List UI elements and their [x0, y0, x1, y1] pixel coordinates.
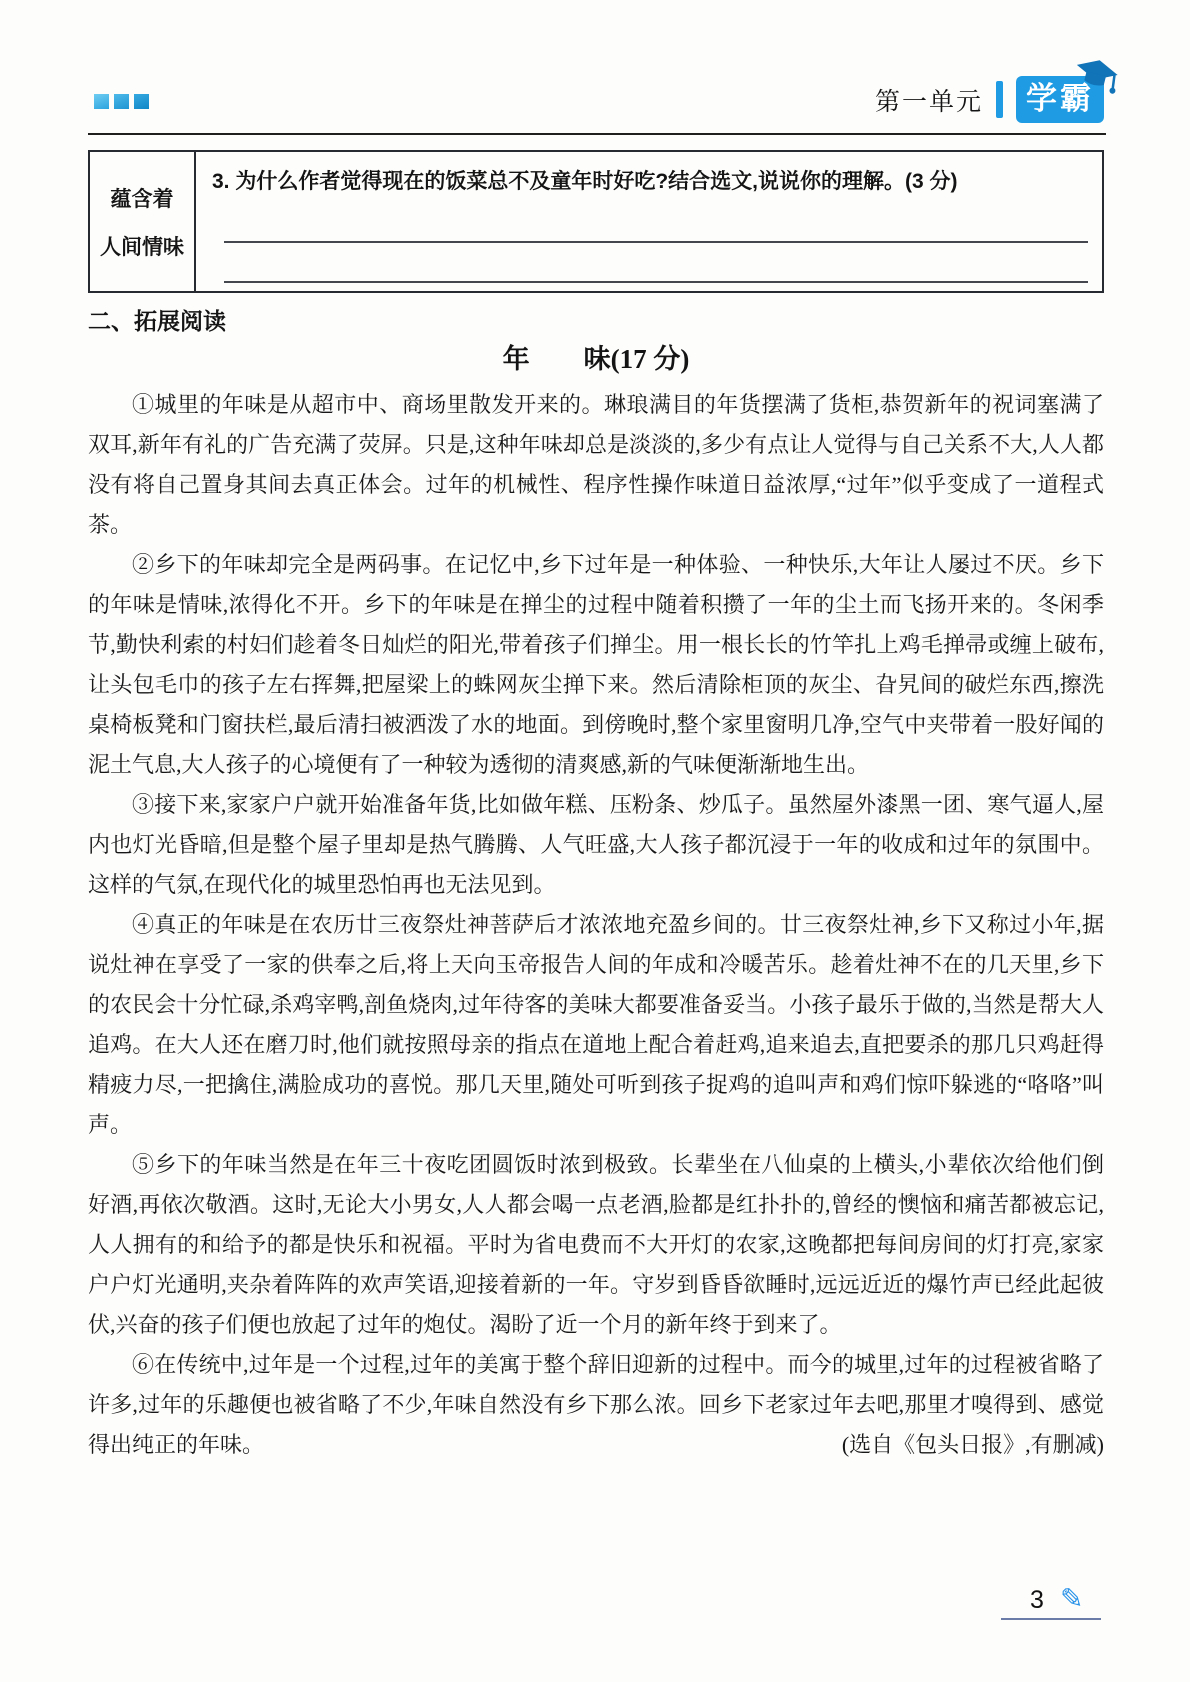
page-number: 3 [1030, 1586, 1044, 1615]
blue-square-icon [114, 94, 129, 109]
article-paragraph: ③接下来,家家户户就开始准备年货,比如做年糕、压粉条、炒瓜子。虽然屋外漆黑一团、… [88, 785, 1104, 905]
pencil-icon: ✎ [1060, 1582, 1083, 1616]
question-box: 蕴含着 人间情味 3. 为什么作者觉得现在的饭菜总不及童年时好吃?结合选文,说说… [88, 150, 1104, 293]
header-decoration-squares [94, 94, 149, 109]
sidebar-label-line2: 人间情味 [100, 231, 184, 261]
article-body: ①城里的年味是从超市中、商场里散发开来的。琳琅满目的年货摆满了货柜,恭贺新年的祝… [88, 385, 1104, 1465]
article-title: 年 味(17 分) [88, 337, 1104, 376]
sidebar-label-line1: 蕴含着 [111, 183, 174, 213]
unit-label: 第一单元 [875, 82, 983, 118]
answer-line [224, 241, 1088, 243]
blue-square-icon [94, 94, 109, 109]
source-attribution: (选自《包头日报》,有删减) [842, 1425, 1104, 1465]
header-rule [88, 133, 1106, 135]
footer-rule [1001, 1618, 1101, 1620]
workbook-page: 第一单元 学霸 蕴含着 人间情味 3. 为什么作者觉得现在的饭菜总不及童年时好吃… [0, 0, 1190, 1682]
article-paragraph: ⑥在传统中,过年是一个过程,过年的美寓于整个辞旧迎新的过程中。而今的城里,过年的… [88, 1345, 1104, 1465]
brand-logo: 学霸 [1016, 76, 1104, 123]
blue-square-icon [134, 94, 149, 109]
article-paragraph: ②乡下的年味却完全是两码事。在记忆中,乡下过年是一种体验、一种快乐,大年让人屡过… [88, 545, 1104, 785]
answer-line [224, 281, 1088, 283]
question-sidebar-label: 蕴含着 人间情味 [90, 152, 196, 291]
header-right-group: 第一单元 学霸 [875, 76, 1104, 123]
question-area: 3. 为什么作者觉得现在的饭菜总不及童年时好吃?结合选文,说说你的理解。(3 分… [196, 152, 1102, 291]
question-text: 3. 为什么作者觉得现在的饭菜总不及童年时好吃?结合选文,说说你的理解。(3 分… [212, 167, 1090, 197]
section-heading: 二、拓展阅读 [88, 303, 226, 336]
article-paragraph: ⑤乡下的年味当然是在年三十夜吃团圆饭时浓到极致。长辈坐在八仙桌的上横头,小辈依次… [88, 1145, 1104, 1345]
graduation-cap-icon [1074, 59, 1120, 99]
brand-divider-bar [996, 81, 1003, 118]
article-paragraph: ①城里的年味是从超市中、商场里散发开来的。琳琅满目的年货摆满了货柜,恭贺新年的祝… [88, 385, 1104, 545]
article-paragraph: ④真正的年味是在农历廿三夜祭灶神菩萨后才浓浓地充盈乡间的。廿三夜祭灶神,乡下又称… [88, 905, 1104, 1145]
